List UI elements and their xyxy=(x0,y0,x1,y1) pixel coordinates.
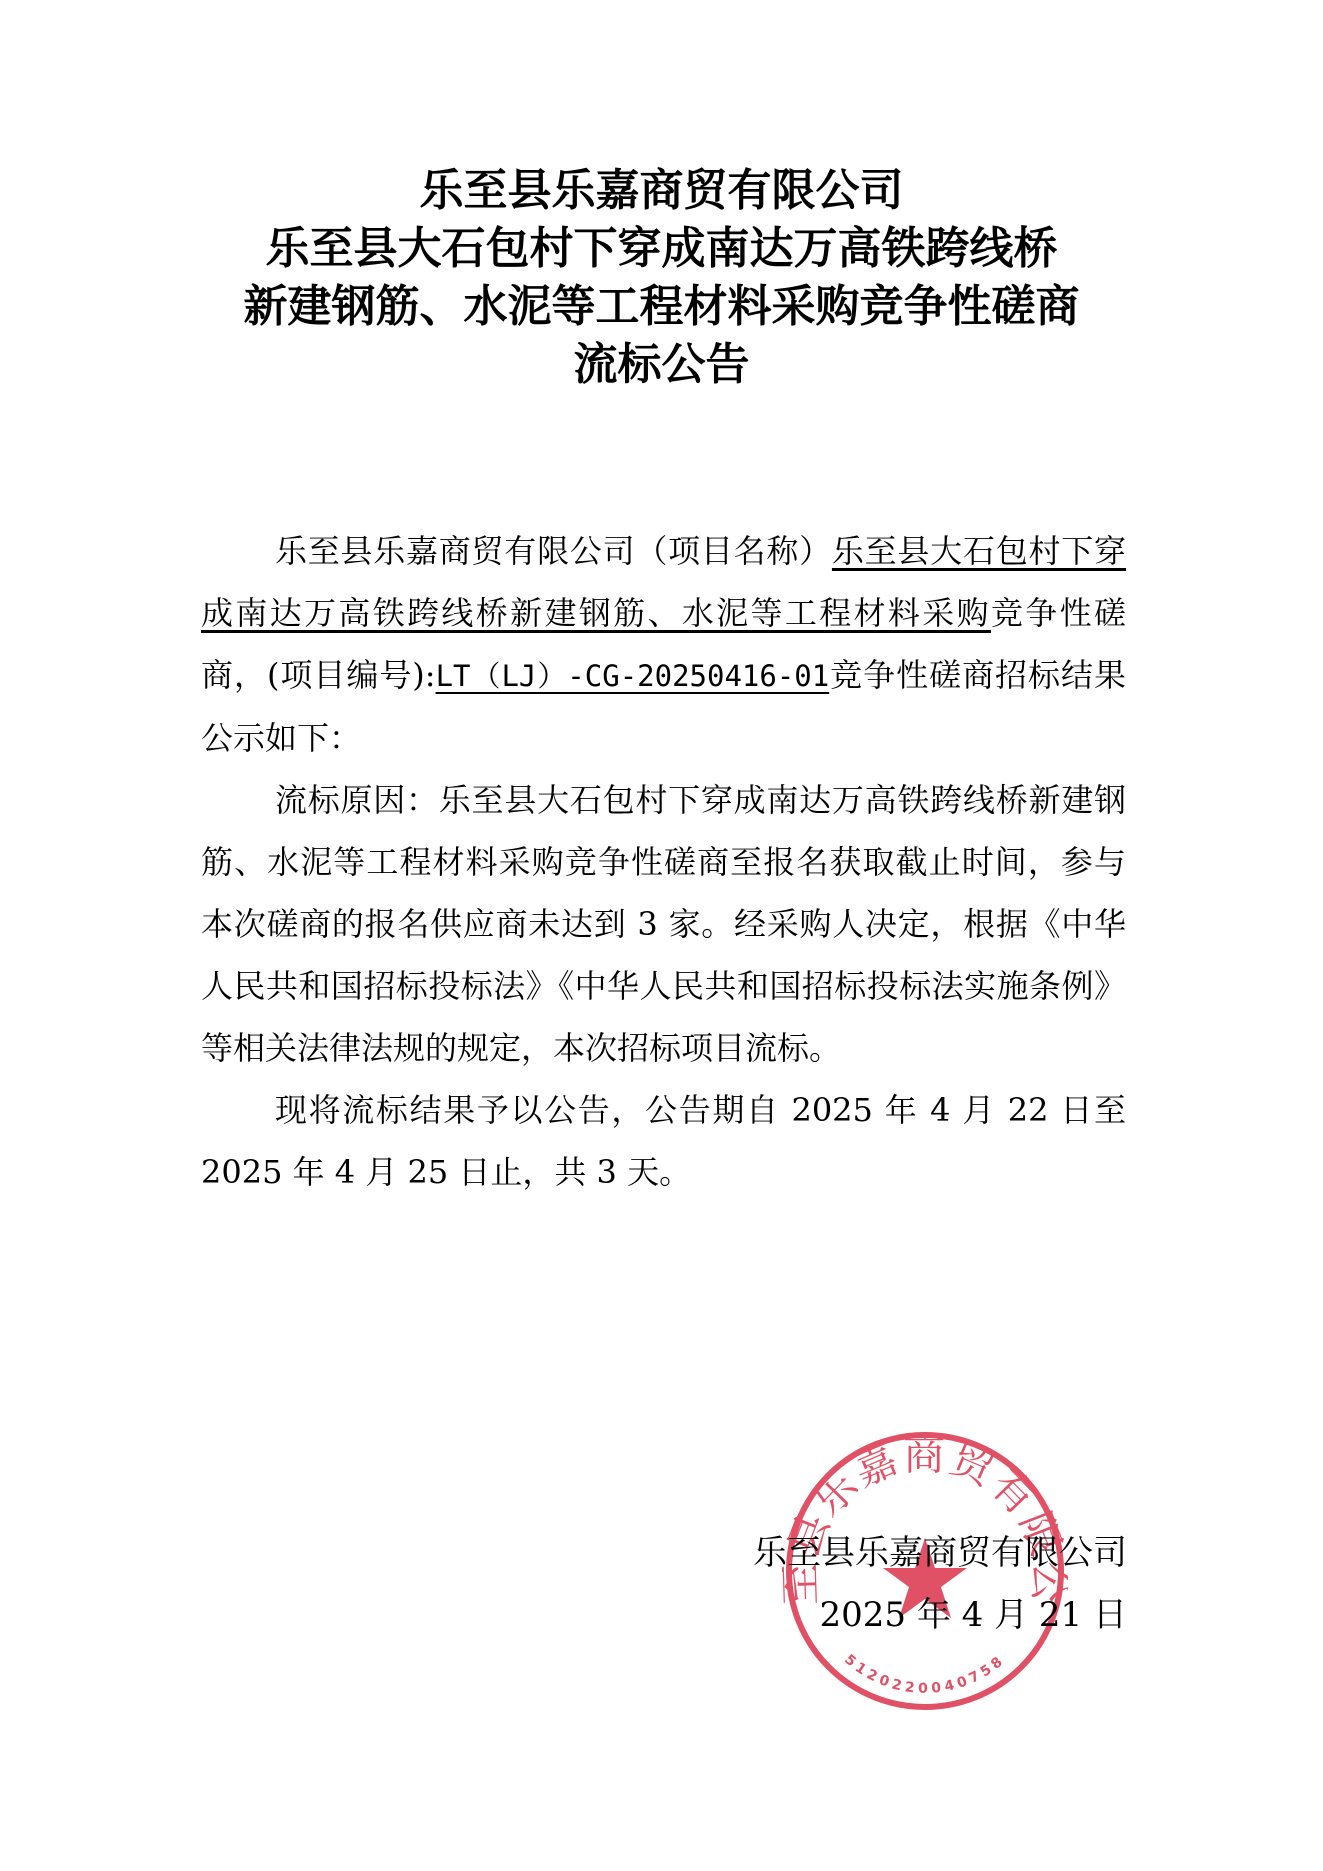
project-number: LT（LJ）-CG-20250416-01 xyxy=(436,659,830,693)
signature-date: 2025 年 4 月 21 日 xyxy=(753,1584,1127,1646)
announcement-paragraph: 现将流标结果予以公告，公告期自 2025 年 4 月 22 日至 2025 年 … xyxy=(201,1079,1126,1203)
reason-paragraph: 流标原因：乐至县大石包村下穿成南达万高铁跨线桥新建钢筋、水泥等工程材料采购竞争性… xyxy=(201,769,1126,1079)
document-body: 乐至县乐嘉商贸有限公司（项目名称）乐至县大石包村下穿成南达万高铁跨线桥新建钢筋、… xyxy=(201,520,1126,1203)
document-page: 乐至县乐嘉商贸有限公司 乐至县大石包村下穿成南达万高铁跨线桥 新建钢筋、水泥等工… xyxy=(0,0,1323,1871)
title-line-project-2: 新建钢筋、水泥等工程材料采购竞争性磋商 xyxy=(160,278,1163,336)
project-number-label: (项目编号): xyxy=(267,656,436,694)
title-line-company: 乐至县乐嘉商贸有限公司 xyxy=(160,162,1163,220)
project-name-label: （项目名称） xyxy=(635,532,832,570)
title-line-project-1: 乐至县大石包村下穿成南达万高铁跨线桥 xyxy=(160,220,1163,278)
intro-company: 乐至县乐嘉商贸有限公司 xyxy=(275,532,635,570)
title-line-notice: 流标公告 xyxy=(160,336,1163,394)
signature-block: 乐至县乐嘉商贸有限公司 2025 年 4 月 21 日 xyxy=(753,1522,1127,1646)
seal-serial-number: 5120220040758 xyxy=(841,1652,1009,1697)
intro-paragraph: 乐至县乐嘉商贸有限公司（项目名称）乐至县大石包村下穿成南达万高铁跨线桥新建钢筋、… xyxy=(201,520,1126,769)
document-title: 乐至县乐嘉商贸有限公司 乐至县大石包村下穿成南达万高铁跨线桥 新建钢筋、水泥等工… xyxy=(160,162,1163,394)
signature-company: 乐至县乐嘉商贸有限公司 xyxy=(753,1522,1127,1584)
